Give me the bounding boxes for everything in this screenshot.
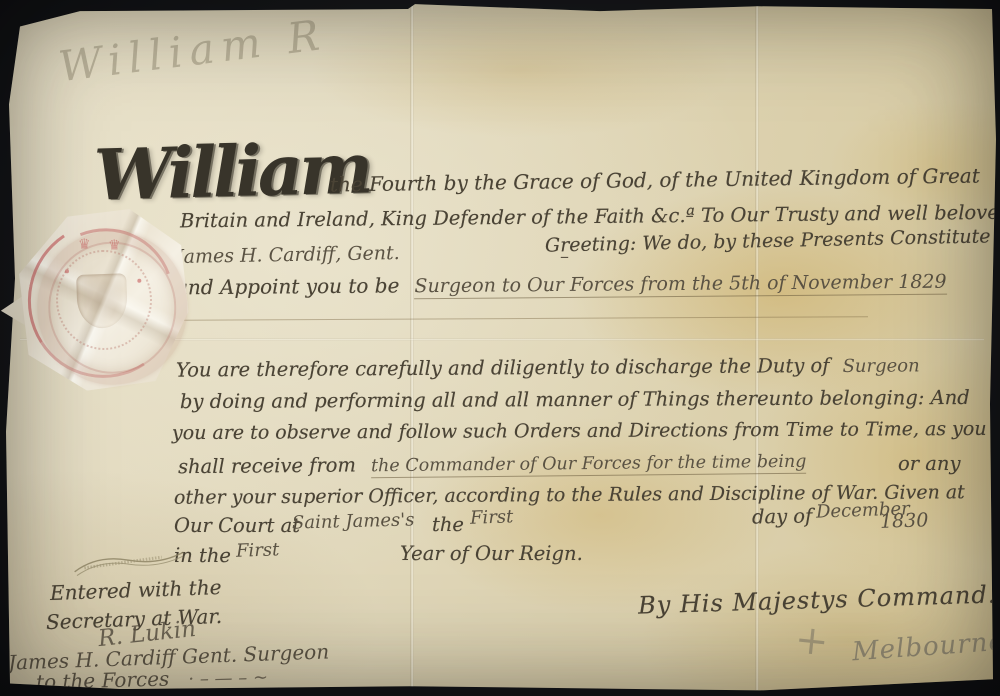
receive-print-part: shall receive from: [178, 453, 356, 478]
pencil-cross-mark: +: [793, 616, 831, 665]
print-line-1: the Fourth by the Grace of God, of the U…: [330, 163, 980, 196]
court-place-handwritten: Saint James's: [292, 509, 415, 533]
court-print-part: Our Court at: [174, 514, 300, 537]
entered-line-1: Entered with the: [50, 575, 222, 605]
countersignature-melbourne: Melbourne: [851, 627, 1000, 668]
appointment-print-part: and Appoint you to be: [176, 273, 400, 299]
trailing-dashes: · – — – ~: [188, 667, 268, 690]
receive-handwritten-part: the Commander of Our Forces for the time…: [371, 452, 807, 479]
duty-line: You are therefore carefully and diligent…: [176, 353, 920, 381]
duty-print-part: You are therefore carefully and diligent…: [176, 354, 830, 382]
heading-word-william: William: [93, 126, 370, 216]
day-of-print: day of: [752, 504, 813, 528]
ruled-line: [180, 316, 868, 321]
appointment-handwritten-part: Surgeon to Our Forces from the 5th of No…: [414, 271, 946, 300]
registry-note-text: to the Forces: [36, 667, 170, 694]
duty-handwritten-part: Surgeon: [842, 355, 919, 377]
seal-crown-icon: ♛: [78, 236, 91, 252]
print-line-belonging: by doing and performing all and all mann…: [180, 386, 970, 413]
photograph-background: William R William the Fourth by the Grac…: [0, 0, 1000, 696]
royal-wafer-seal: ♛ ♛: [17, 207, 191, 393]
receive-line: shall receive from the Commander of Our …: [178, 449, 807, 479]
day-ordinal-handwritten: First: [470, 506, 514, 528]
or-any-print: or any: [898, 452, 960, 475]
command-line: By His Majestys Command.: [638, 580, 997, 619]
year-of-reign-print: Year of Our Reign.: [400, 542, 583, 565]
year-handwritten: 1830: [880, 509, 929, 533]
reign-ordinal-handwritten: First: [236, 539, 280, 561]
registry-note-line-2: to the Forces · – — – ~: [36, 664, 269, 694]
the-print: the: [432, 513, 464, 536]
greeting-line: Greeting: We do, by these Presents Const…: [545, 225, 991, 256]
seal-crown-icon: ♛: [108, 237, 121, 253]
recipient-name-handwritten: James H. Cardiff, Gent.: [176, 242, 400, 268]
ribbon-stamp-icon: [69, 543, 189, 581]
royal-sign-manual-signature: William R: [56, 10, 329, 91]
appointment-line: and Appoint you to be Surgeon to Our For…: [176, 269, 947, 300]
print-line-orders: you are to observe and follow such Order…: [172, 418, 987, 444]
